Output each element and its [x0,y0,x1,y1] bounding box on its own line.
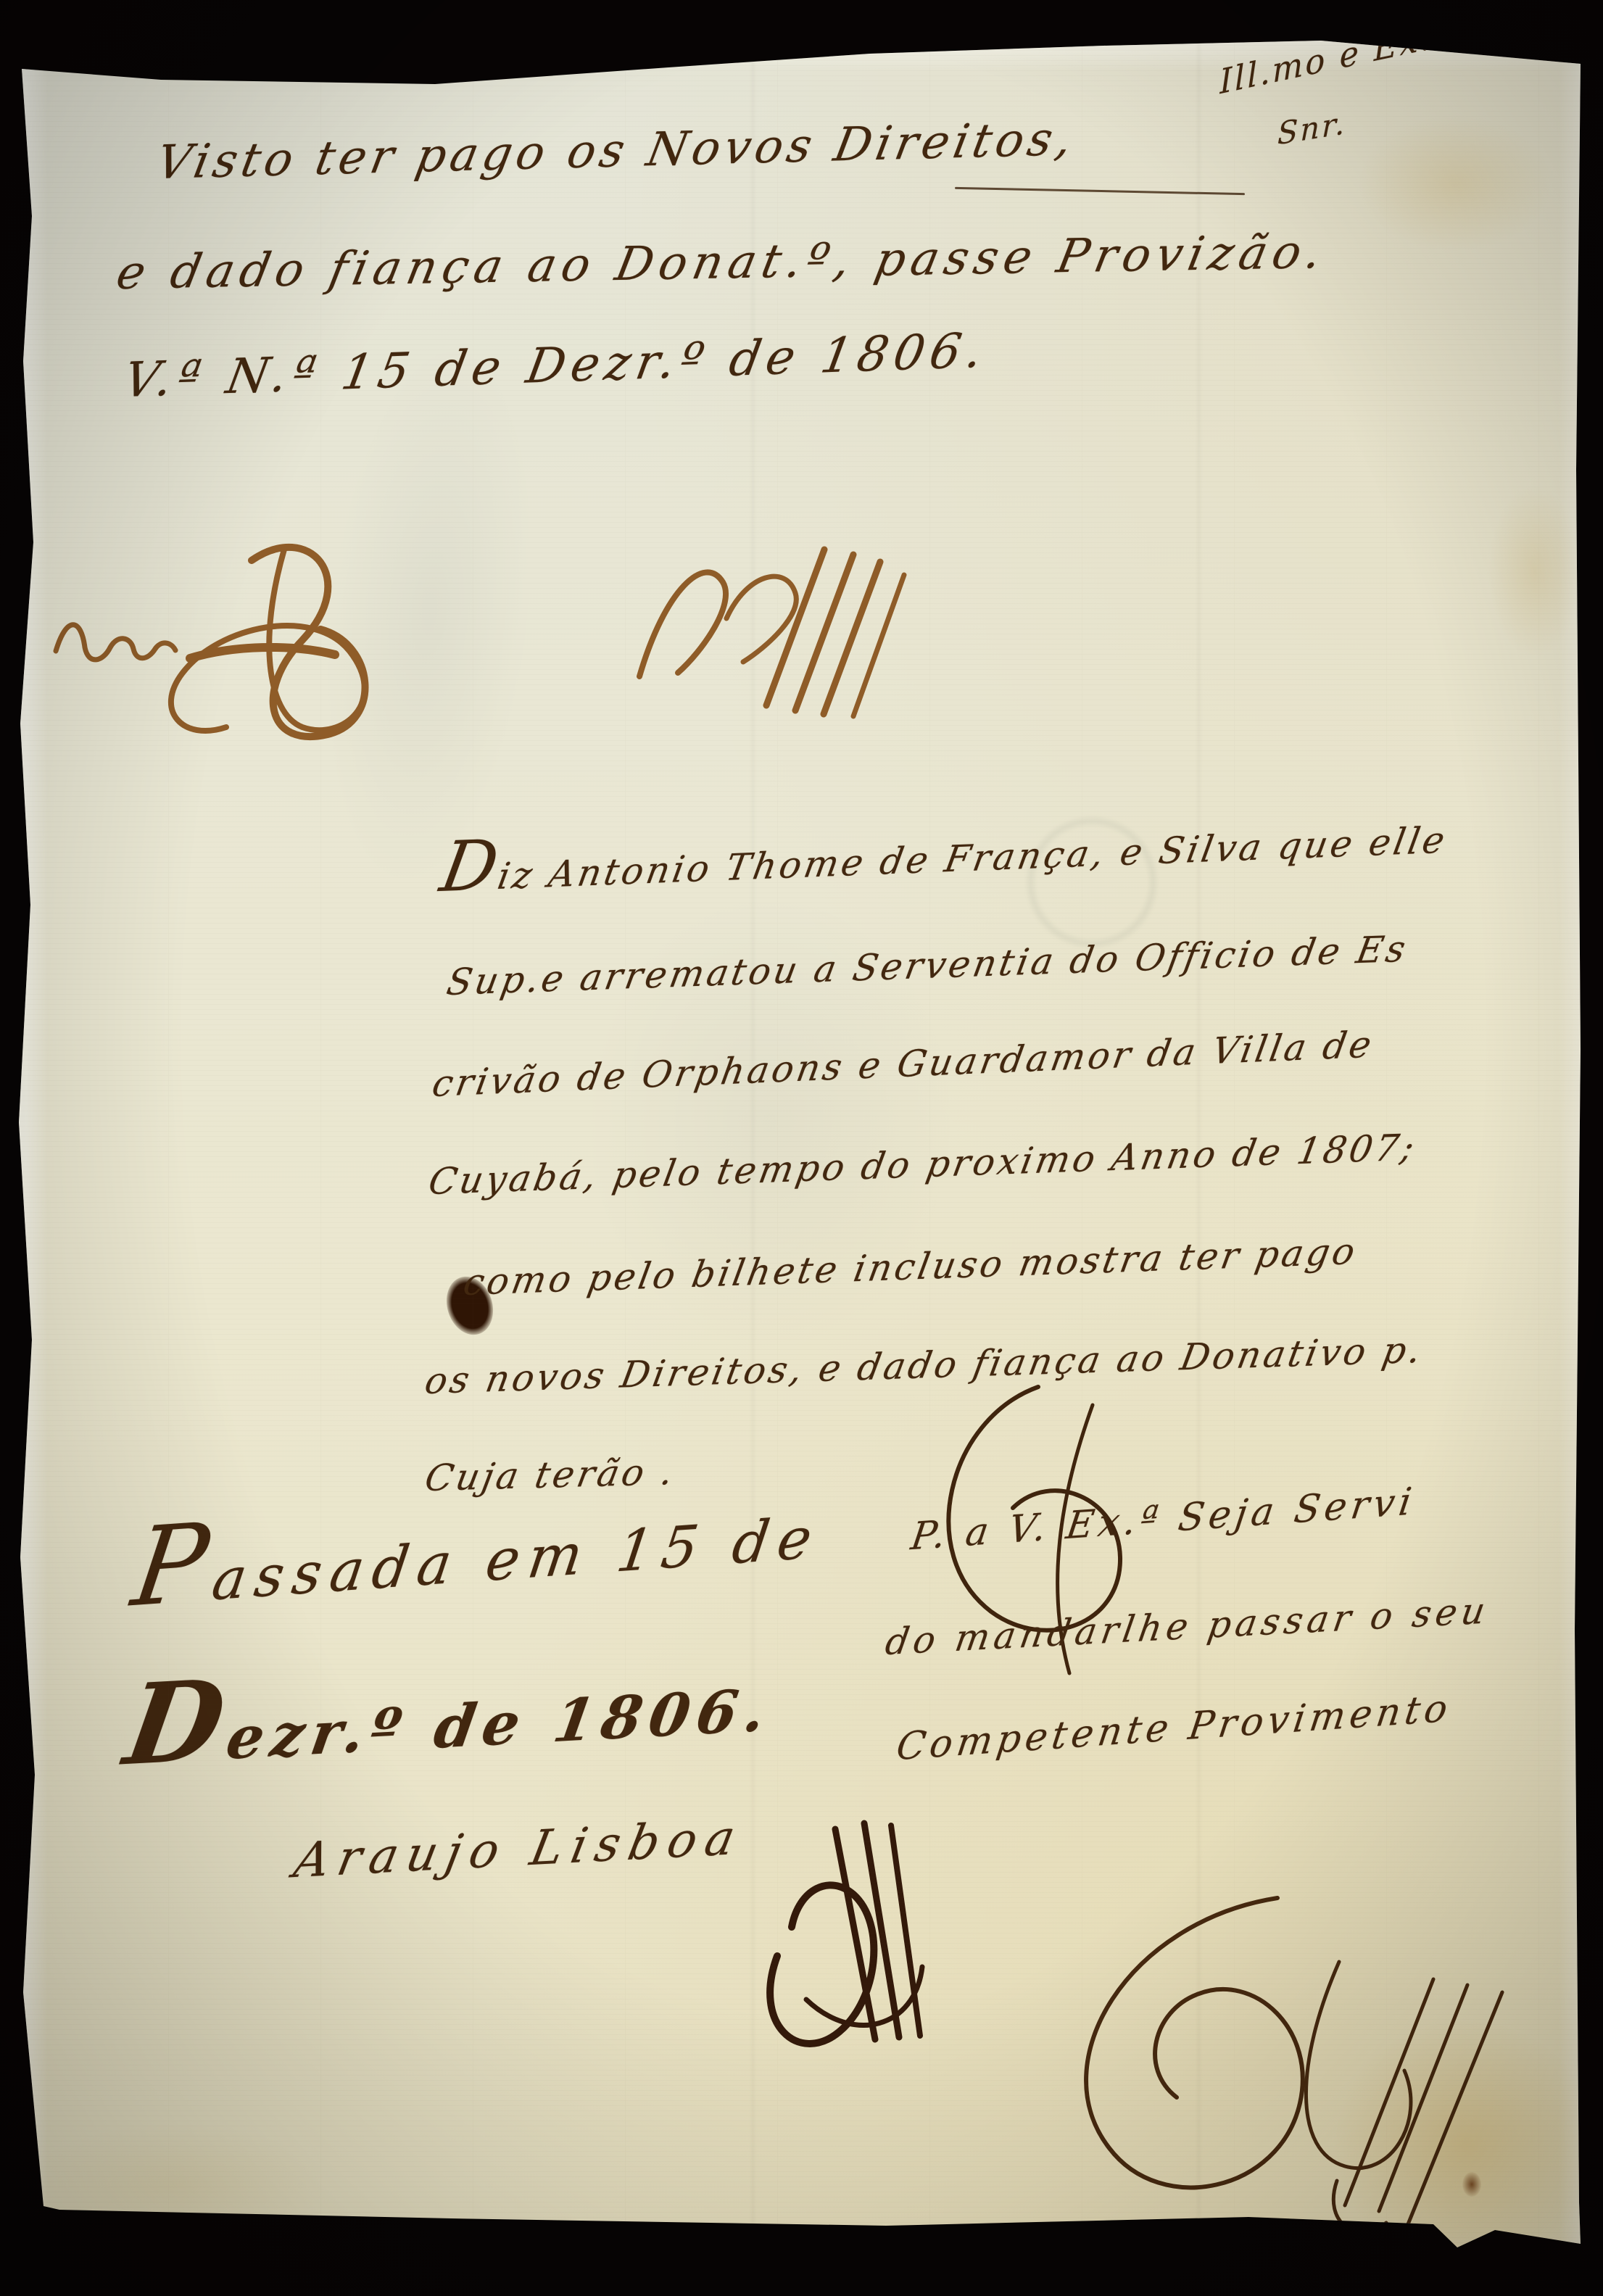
peticao-line-3: crivão de Orphaons e Guardamor da Villa … [429,1023,1378,1105]
despacho-line-3: V.ª N.ª 15 de Dezr.º de 1806. [120,322,993,408]
manuscript-paper: Ill.mo e Ex.mo Snr. Visto ter pago os No… [16,35,1585,2262]
peticao-line-2: Sup.e arrematou a Serventia do Officio d… [444,928,1412,1004]
foxing-stain [23,2123,328,2246]
photograph-of-manuscript: Ill.mo e Ex.mo Snr. Visto ter pago os No… [0,0,1603,2296]
foxing-stain [1488,484,1582,658]
foxing-stain [1357,115,1553,252]
assinatura-araujo-lisboa: Araujo Lisboa [289,1809,748,1889]
expedicao-line-2: Dezr.º de 1806. [119,1675,777,1778]
salutation-line-1: Ill.mo e Ex.mo [1219,5,1488,101]
peticao-line-7: Cuja terão . [422,1451,680,1499]
rubric-signature-2 [618,524,973,734]
rubric-bottom-right [1024,1876,1560,2239]
despacho-line-1: Visto ter pago os Novos Direitos, [152,112,1080,191]
pedido-line-3: Competente Provimento [894,1686,1454,1769]
peticao-line-5: como pelo bilhete incluso mostra ter pag… [460,1230,1361,1304]
peticao-line-1: Diz Antonio Thome de França, e Silva que… [436,818,1451,900]
peticao-line-4: Cuyabá, pelo tempo do proximo Anno de 18… [426,1126,1420,1203]
expedicao-line-1: Passada em 15 de [128,1505,825,1619]
pen-flourish-line [955,187,1245,195]
salutation-line-2: Snr. [1277,105,1347,152]
rubric-signature-1 [45,535,538,753]
rubric-araujo-lisboa [737,1800,962,2068]
despacho-line-2: e dado fiança ao Donat.º, passe Provizão… [112,225,1332,300]
